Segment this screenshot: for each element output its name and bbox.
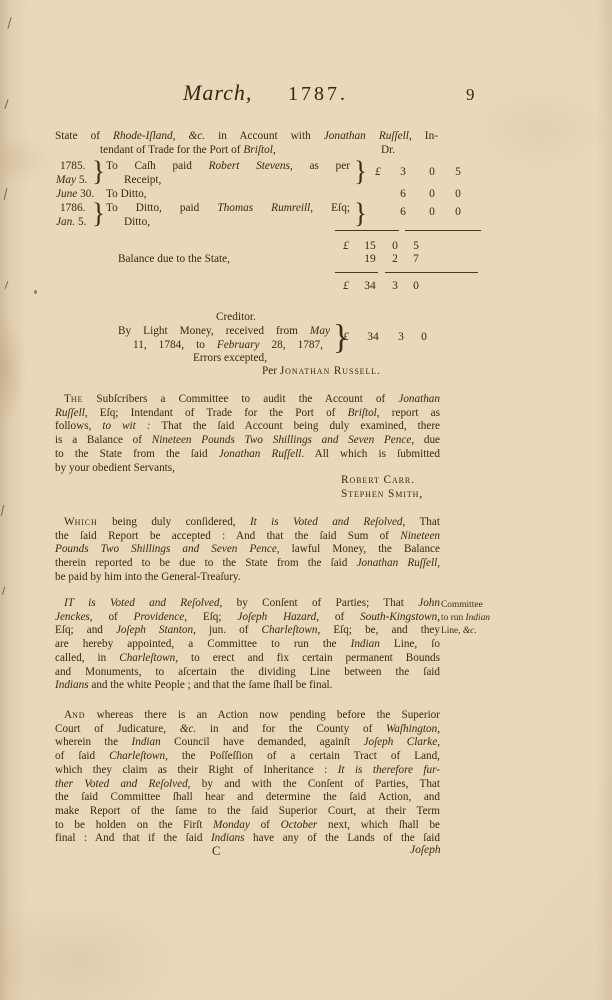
- entry1-amount-brace: }: [354, 156, 367, 185]
- text-line: the ſaid Report be accepted : And that t…: [55, 530, 440, 544]
- text-line: IT is Voted and Reſolved, by Conſent of …: [55, 597, 440, 611]
- currency-symbol: £: [336, 240, 356, 252]
- amount-shillings: 2: [384, 253, 406, 265]
- text-line: to the State from the ſaid Jonathan Ruſſ…: [55, 448, 440, 462]
- amount-shillings: 0: [418, 188, 446, 200]
- amount-pence: 7: [406, 253, 426, 265]
- balance-label: Balance due to the State,: [118, 253, 230, 267]
- handwritten-mark: [2, 587, 5, 595]
- signature-robert-carr: Robert Carr.: [341, 474, 415, 486]
- currency-symbol: £: [336, 331, 356, 343]
- amount-pence: 0: [446, 206, 470, 218]
- entry1-date-brace: }: [92, 156, 105, 185]
- running-header-year: 1787.: [288, 83, 348, 106]
- entry3-date-brace: }: [92, 198, 105, 227]
- amount-pence: 5: [406, 240, 426, 252]
- amount-pounds: 34: [356, 331, 390, 343]
- text-line: The Subſcribers a Committee to audit the…: [55, 393, 440, 407]
- text-line: called, in Charleſtown, to erect and fix…: [55, 652, 440, 666]
- entry1-amount: £305: [368, 166, 470, 178]
- text-line: Jenckes, of Providence, Eſq; Joſeph Haza…: [55, 611, 440, 625]
- entry3-text-line1: To Ditto, paid Thomas Rumreill, Eſq;: [106, 202, 350, 216]
- text-line: which they claim as their Right of Inher…: [55, 764, 440, 778]
- ledger-rule: [385, 272, 478, 273]
- text-line: Court of Judicature, &c. in and for the …: [55, 723, 440, 737]
- amount-pence: 0: [406, 280, 426, 292]
- entry2-date: June 30.: [56, 188, 94, 202]
- text-line: wherein the Indian Council have demanded…: [55, 736, 440, 750]
- amount-shillings: 0: [384, 240, 406, 252]
- text-line: And whereas there is an Action now pendi…: [55, 709, 440, 723]
- entry3-amount: 600: [368, 206, 470, 218]
- credit-text-line1: By Light Money, received from May: [118, 325, 330, 339]
- page-number: 9: [466, 85, 475, 105]
- amount-shillings: 0: [418, 166, 446, 178]
- report-paragraph: The Subſcribers a Committee to audit the…: [55, 393, 440, 475]
- gathering-signature-mark: C: [212, 844, 220, 859]
- text-line: ther Voted and Reſolved, by and with the…: [55, 778, 440, 792]
- entry2-amount: 600: [368, 188, 470, 200]
- amount-pence: 0: [446, 188, 470, 200]
- margin-note-line: Line, &c.: [441, 625, 531, 638]
- total-amount: £3430: [336, 280, 426, 292]
- running-header-month: March,: [183, 80, 252, 106]
- text-line: of ſaid Charleſtown, the Poſſeſſion of a…: [55, 750, 440, 764]
- ledger-rule: [335, 230, 399, 231]
- amount-pounds: 19: [356, 253, 384, 265]
- entry3-amount-brace: }: [354, 198, 367, 227]
- text-line: Pounds Two Shillings and Seven Pence, la…: [55, 543, 440, 557]
- ledger-rule: [335, 272, 378, 273]
- text-line: to be holden on the Firſt Monday of Octo…: [55, 819, 440, 833]
- entry3-text-line2: Ditto,: [124, 216, 150, 230]
- handwritten-mark: [34, 290, 37, 294]
- ledger-rule: [405, 230, 481, 231]
- handwritten-mark: [7, 17, 11, 29]
- account-title-line1: State of Rhode-Iſland, &c. in Account wi…: [55, 130, 438, 144]
- signature-stephen-smith: Stephen Smith,: [341, 488, 423, 500]
- credit-amount: £3430: [336, 331, 436, 343]
- subtotal-amount: £1505: [336, 240, 426, 252]
- balance-amount: 1927: [336, 253, 426, 265]
- amount-shillings: 3: [384, 280, 406, 292]
- amount-pounds: 6: [388, 206, 418, 218]
- amount-pence: 0: [412, 331, 436, 343]
- creditor-heading: Creditor.: [216, 311, 256, 325]
- handwritten-mark: [4, 99, 8, 109]
- text-line: make Report of the ſame to the ſaid Supe…: [55, 805, 440, 819]
- text-line: and Monuments, to aſcertain the dividing…: [55, 666, 440, 680]
- entry1-date-year: 1785.: [60, 160, 85, 174]
- credit-text-line2: 11, 1784, to February 28, 1787,: [133, 339, 323, 353]
- text-line: Ruſſell, Eſq; Intendant of Trade for the…: [55, 407, 440, 421]
- amount-pounds: 6: [388, 188, 418, 200]
- entry1-text-line1: To Caſh paid Robert Stevens, as per: [106, 160, 350, 174]
- text-line: Indians and the white People ; and that …: [55, 679, 440, 693]
- debtor-label: Dr.: [381, 144, 395, 158]
- text-line: be paid by him into the General-Treaſury…: [55, 571, 440, 585]
- resolution-paragraph: Which being duly conſidered, It is Voted…: [55, 516, 440, 585]
- entry1-date-day: May 5.: [56, 174, 87, 188]
- text-line: Eſq; and Joſeph Stanton, jun. of Charleſ…: [55, 624, 440, 638]
- entry2-text: To Ditto,: [106, 188, 147, 202]
- entry1-text-line2: Receipt,: [124, 174, 161, 188]
- account-title-line2: tendant of Trade for the Port of Briſtol…: [100, 144, 276, 158]
- per-signature-line: Per Jonathan Russell.: [262, 365, 380, 379]
- currency-symbol: £: [336, 280, 356, 292]
- amount-pounds: 15: [356, 240, 384, 252]
- amount-shillings: 3: [390, 331, 412, 343]
- text-line: final : And that if the ſaid Indians hav…: [55, 832, 440, 846]
- handwritten-mark: [4, 188, 8, 200]
- entry3-date-day: Jan. 5.: [56, 216, 86, 230]
- margin-note-line: Committee: [441, 599, 531, 612]
- book-page: March, 1787. 9 State of Rhode-Iſland, &c…: [0, 0, 612, 1000]
- errors-excepted-line: Errors excepted,: [193, 352, 267, 366]
- amount-pence: 5: [446, 166, 470, 178]
- text-line: the ſaid Committee ſhall hear and determ…: [55, 791, 440, 805]
- entry3-date-year: 1786.: [60, 202, 85, 216]
- amount-pounds: 34: [356, 280, 384, 292]
- amount-shillings: 0: [418, 206, 446, 218]
- catchword: Joſeph: [410, 844, 441, 856]
- text-line: are hereby appointed, a Committee to run…: [55, 638, 440, 652]
- margin-note: Committeeto run IndianLine, &c.: [441, 599, 531, 639]
- committee-paragraph: IT is Voted and Reſolved, by Conſent of …: [55, 597, 440, 693]
- margin-note-line: to run Indian: [441, 612, 531, 625]
- handwritten-mark: [5, 281, 9, 289]
- text-line: follows, to wit : That the ſaid Account …: [55, 420, 440, 434]
- currency-symbol: £: [368, 166, 388, 178]
- text-line: Which being duly conſidered, It is Voted…: [55, 516, 440, 530]
- text-line: is a Balance of Nineteen Pounds Two Shil…: [55, 434, 440, 448]
- amount-pounds: 3: [388, 166, 418, 178]
- action-paragraph: And whereas there is an Action now pendi…: [55, 709, 440, 846]
- text-line: therein reported to be due to the State …: [55, 557, 440, 571]
- handwritten-mark: [1, 505, 4, 516]
